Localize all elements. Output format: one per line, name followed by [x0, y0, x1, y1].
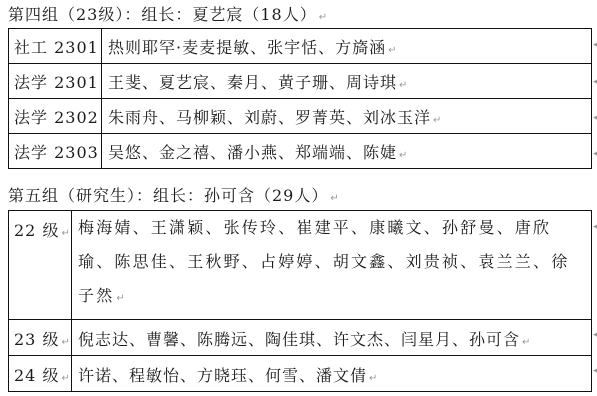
- member-names-cell: 梅海婧、王潇颖、张传玲、崔建平、康曦文、孙舒曼、唐欣瑜、陈思佳、王秋野、占婷婷、…: [72, 211, 592, 320]
- class-label-cell: 社工 2301↵: [9, 29, 102, 64]
- row-end-mark-icon: ◂: [593, 149, 597, 159]
- table-row: 23 级↵ 倪志达、曹馨、陈腾远、陶佳琪、许文杰、闫星月、孙可含↵: [9, 320, 592, 356]
- member-names: 朱雨舟、马柳颖、刘蔚、罗菁英、刘冰玉洋: [108, 108, 431, 127]
- table-row: 法学 2303↵ 吴悠、金之禧、潘小燕、郑端端、陈婕↵: [9, 134, 592, 169]
- group4-table: 社工 2301↵ 热则耶罕·麦麦提敏、张宇恬、方旖涵↵ 法学 2301↵ 王斐、…: [8, 28, 592, 169]
- member-names-cell: 朱雨舟、马柳颖、刘蔚、罗菁英、刘冰玉洋↵: [102, 99, 592, 134]
- class-label-cell: 法学 2301↵: [9, 64, 102, 99]
- member-names-cell: 王斐、夏艺宸、秦月、黄子珊、周诗琪↵: [102, 64, 592, 99]
- table-row: 22 级↵ 梅海婧、王潇颖、张传玲、崔建平、康曦文、孙舒曼、唐欣瑜、陈思佳、王秋…: [9, 211, 592, 320]
- member-names: 倪志达、曹馨、陈腾远、陶佳琪、许文杰、闫星月、孙可含: [78, 330, 520, 349]
- row-end-mark-icon: ◂: [593, 40, 597, 50]
- class-label-cell: 法学 2302↵: [9, 99, 102, 134]
- class-label: 法学 2303: [14, 143, 99, 162]
- group5-heading-text: 第五组（研究生）：组长：孙可含（29人）: [8, 186, 328, 205]
- paragraph-mark-icon: ↵: [319, 12, 328, 23]
- class-label-cell: 法学 2303↵: [9, 134, 102, 169]
- paragraph-mark-icon: ↵: [399, 80, 408, 91]
- grade-label-cell: 23 级↵: [9, 320, 72, 356]
- class-label: 法学 2302: [14, 108, 99, 127]
- grade-label-cell: 24 级↵: [9, 356, 72, 392]
- grade-label-cell: 22 级↵: [9, 211, 72, 320]
- group5-heading: 第五组（研究生）：组长：孙可含（29人）↵: [8, 186, 340, 209]
- member-names: 梅海婧、王潇颖、张传玲、崔建平、康曦文、孙舒曼、唐欣瑜、陈思佳、王秋野、占婷婷、…: [78, 218, 569, 305]
- paragraph-mark-icon: ↵: [399, 150, 408, 161]
- paragraph-mark-icon: ↵: [433, 115, 442, 126]
- grade-label: 23 级: [14, 330, 59, 349]
- row-end-mark-icon: ◂: [593, 330, 597, 340]
- grade-label: 22 级: [14, 221, 59, 240]
- table-row: 24 级↵ 许诺、程敏怡、方晓珏、何雪、潘文倩↵: [9, 356, 592, 392]
- member-names-cell: 吴悠、金之禧、潘小燕、郑端端、陈婕↵: [102, 134, 592, 169]
- member-names-cell: 许诺、程敏怡、方晓珏、何雪、潘文倩↵: [72, 356, 592, 392]
- member-names: 热则耶罕·麦麦提敏、张宇恬、方旖涵: [108, 38, 386, 57]
- member-names-cell: 倪志达、曹馨、陈腾远、陶佳琪、许文杰、闫星月、孙可含↵: [72, 320, 592, 356]
- class-label: 法学 2301: [14, 73, 99, 92]
- paragraph-mark-icon: ↵: [116, 293, 127, 304]
- member-names: 吴悠、金之禧、潘小燕、郑端端、陈婕: [108, 143, 397, 162]
- paragraph-mark-icon: ↵: [522, 337, 531, 348]
- paragraph-mark-icon: ↵: [369, 373, 378, 384]
- paragraph-mark-icon: ↵: [61, 373, 70, 384]
- group5-table: 22 级↵ 梅海婧、王潇颖、张传玲、崔建平、康曦文、孙舒曼、唐欣瑜、陈思佳、王秋…: [8, 210, 592, 392]
- grade-label: 24 级: [14, 366, 59, 385]
- member-names: 王斐、夏艺宸、秦月、黄子珊、周诗琪: [108, 73, 397, 92]
- table-row: 社工 2301↵ 热则耶罕·麦麦提敏、张宇恬、方旖涵↵: [9, 29, 592, 64]
- table-row: 法学 2302↵ 朱雨舟、马柳颖、刘蔚、罗菁英、刘冰玉洋↵: [9, 99, 592, 134]
- table-row: 法学 2301↵ 王斐、夏艺宸、秦月、黄子珊、周诗琪↵: [9, 64, 592, 99]
- member-names-cell: 热则耶罕·麦麦提敏、张宇恬、方旖涵↵: [102, 29, 592, 64]
- class-label: 社工 2301: [14, 38, 99, 57]
- group4-heading: 第四组（23级）：组长：夏艺宸（18人）↵: [8, 5, 328, 28]
- row-end-mark-icon: ◂: [593, 77, 597, 87]
- member-names: 许诺、程敏怡、方晓珏、何雪、潘文倩: [78, 366, 367, 385]
- row-end-mark-icon: ◂: [593, 113, 597, 123]
- row-end-mark-icon: ◂: [593, 222, 597, 232]
- row-end-mark-icon: ◂: [593, 366, 597, 376]
- paragraph-mark-icon: ↵: [61, 337, 70, 348]
- paragraph-mark-icon: ↵: [330, 193, 339, 204]
- paragraph-mark-icon: ↵: [388, 45, 397, 56]
- group4-heading-text: 第四组（23级）：组长：夏艺宸（18人）: [8, 5, 317, 24]
- paragraph-mark-icon: ↵: [61, 228, 70, 239]
